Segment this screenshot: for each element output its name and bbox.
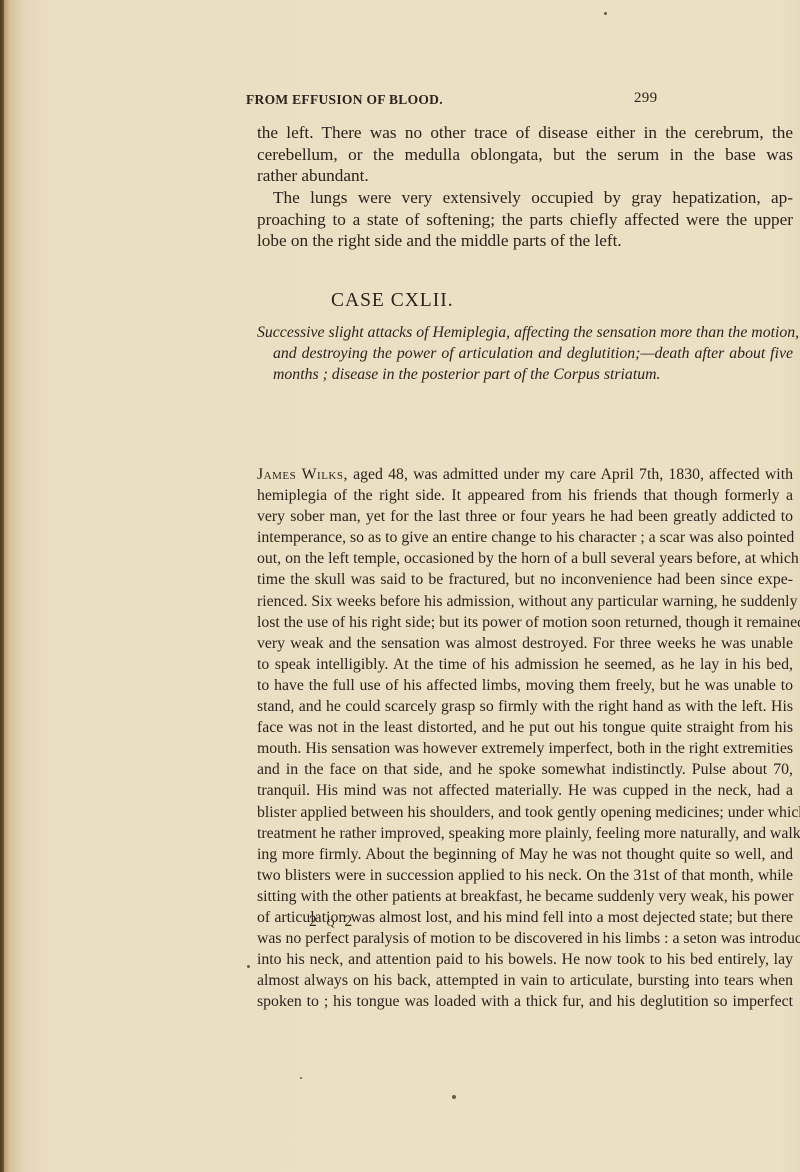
text-line: very sober man, yet for the last three o… — [257, 506, 793, 527]
paper-speck — [604, 12, 607, 15]
patient-name: James Wilks, — [257, 466, 348, 483]
book-page: FROM EFFUSION OF BLOOD. 299 the left. Th… — [0, 0, 800, 1172]
opening-paragraph-1: the left. There was no other trace of di… — [257, 122, 793, 187]
paper-speck — [247, 965, 250, 968]
text-line: blister applied between his shoulders, a… — [257, 802, 793, 823]
text-line: almost always on his back, attempted in … — [257, 970, 793, 991]
text-line: hemiplegia of the right side. It appeare… — [257, 485, 793, 506]
text-line: cerebellum, or the medulla oblongata, bu… — [257, 144, 793, 166]
text-line: James Wilks, aged 48, was admitted under… — [257, 464, 793, 485]
text-line: lobe on the right side and the middle pa… — [257, 230, 793, 252]
text-line: The lungs were very extensively occupied… — [257, 187, 793, 209]
text-line: stand, and he could scarcely grasp so fi… — [257, 696, 793, 717]
running-title: FROM EFFUSION OF BLOOD. — [246, 92, 443, 108]
text-line: rather abundant. — [257, 165, 793, 187]
case-summary: Successive slight attacks of Hemiplegia,… — [257, 322, 793, 385]
text-line: sitting with the other patients at break… — [257, 886, 793, 907]
text-line: spoken to ; his tongue was loaded with a… — [257, 991, 793, 1012]
text-line: time the skull was said to be fractured,… — [257, 569, 793, 590]
text-line: out, on the left temple, occasioned by t… — [257, 548, 793, 569]
text-line: rienced. Six weeks before his admission,… — [257, 591, 793, 612]
text-line: two blisters were in succession applied … — [257, 865, 793, 886]
text-line: and in the face on that side, and he spo… — [257, 759, 793, 780]
text-line: treatment he rather improved, speaking m… — [257, 823, 793, 844]
text-line: to have the full use of his affected lim… — [257, 675, 793, 696]
signature-mark: 2 Q 2 — [309, 913, 355, 931]
text-line: into his neck, and attention paid to his… — [257, 949, 793, 970]
paper-speck — [452, 1095, 456, 1099]
text-line: mouth. His sensation was however extreme… — [257, 738, 793, 759]
case-title: CASE CXLII. — [331, 290, 454, 312]
page-number: 299 — [634, 90, 657, 107]
text-line: the left. There was no other trace of di… — [257, 122, 793, 144]
text-line: tranquil. His mind was not affected mate… — [257, 780, 793, 801]
opening-paragraph-2: The lungs were very extensively occupied… — [257, 187, 793, 252]
paper-speck — [300, 1077, 302, 1079]
text-line: very weak and the sensation was almost d… — [257, 633, 793, 654]
page-binding-edge — [0, 0, 4, 1172]
text-line: face was not in the least distorted, and… — [257, 717, 793, 738]
text-line: intemperance, so as to give an entire ch… — [257, 527, 793, 548]
summary-line: months ; disease in the posterior part o… — [257, 364, 793, 385]
text-line: to speak intelligibly. At the time of hi… — [257, 654, 793, 675]
text-line: proaching to a state of softening; the p… — [257, 209, 793, 231]
text-line: ing more firmly. About the beginning of … — [257, 844, 793, 865]
text-line: was no perfect paralysis of motion to be… — [257, 928, 793, 949]
summary-line: Successive slight attacks of Hemiplegia,… — [257, 322, 793, 343]
summary-line: and destroying the power of articulation… — [257, 343, 793, 364]
text-line: lost the use of his right side; but its … — [257, 612, 793, 633]
